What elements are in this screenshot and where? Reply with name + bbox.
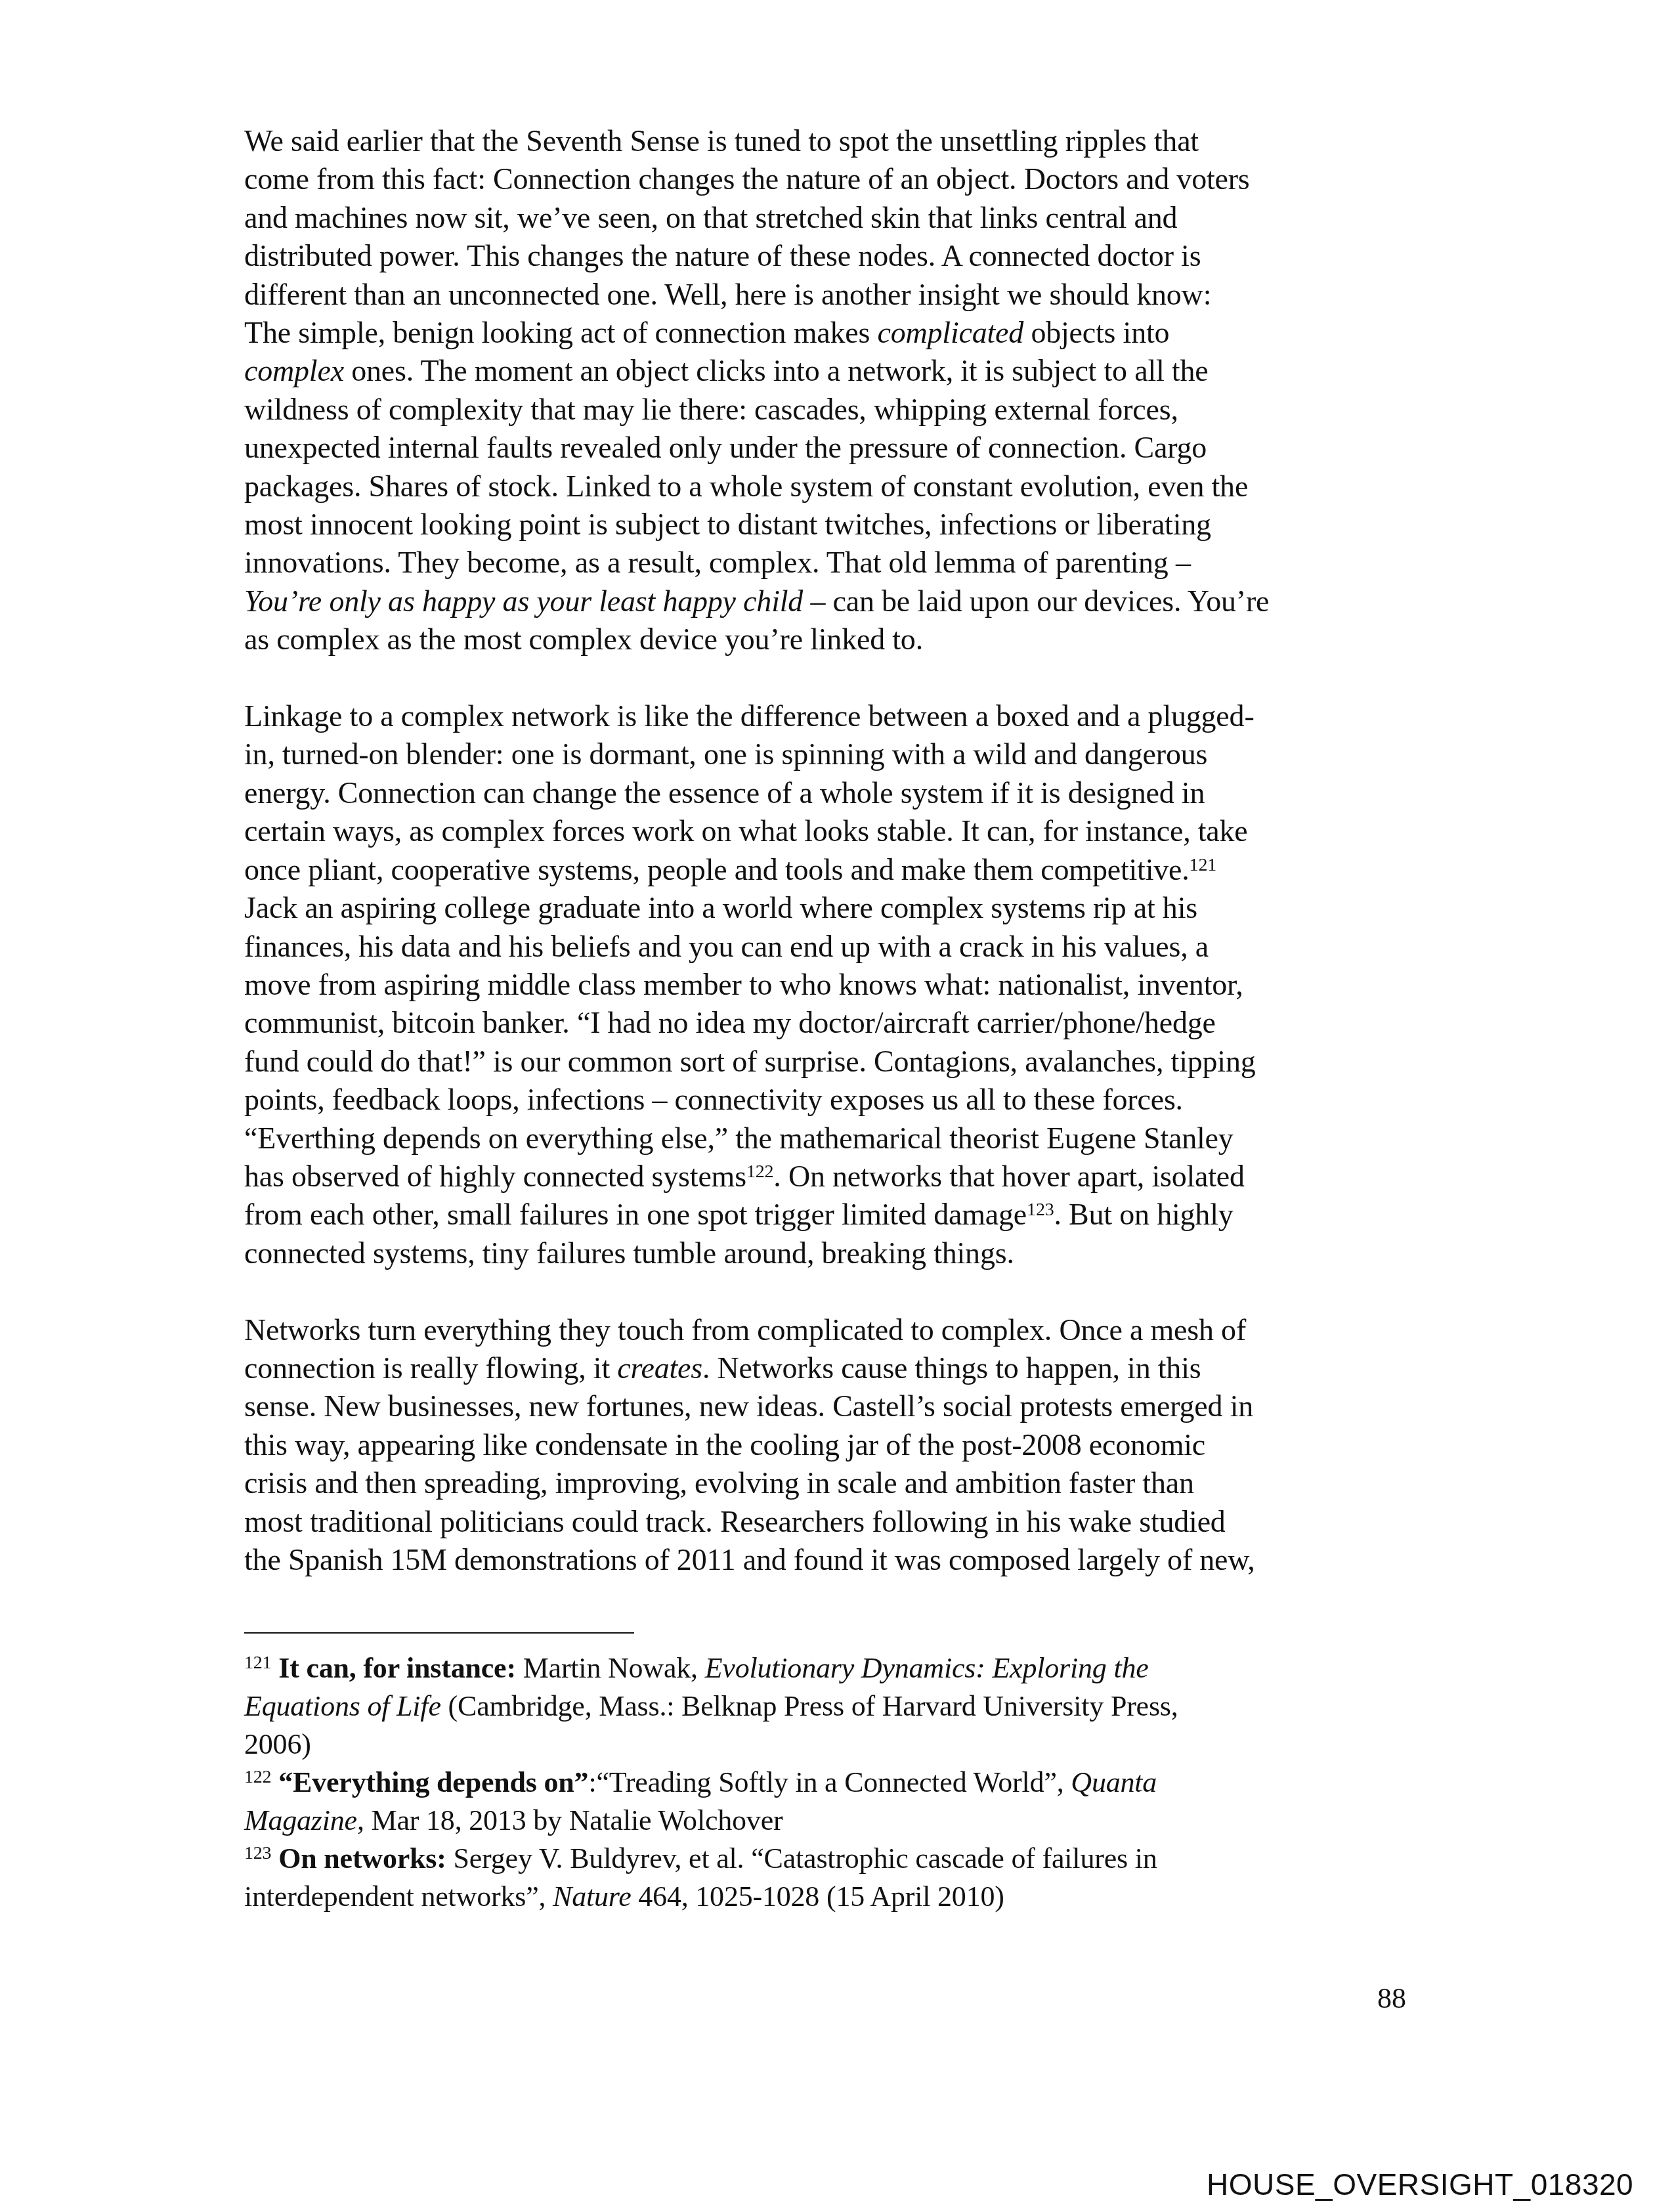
text-line: this way, appearing like condensate in t… (244, 1426, 1432, 1464)
footnote-line: 2006) (244, 1725, 1432, 1764)
footnote-number: 122 (244, 1767, 271, 1787)
italic-text: You’re only as happy as your least happy… (244, 584, 803, 618)
text-run: distributed power. This changes the natu… (244, 239, 1201, 272)
footnote-lead: “Everything depends on” (278, 1766, 588, 1798)
text-line: Jack an aspiring college graduate into a… (244, 889, 1432, 927)
text-run: fund could do that!” is our common sort … (244, 1045, 1256, 1078)
text-line: come from this fact: Connection changes … (244, 160, 1432, 198)
text-line: in, turned-on blender: one is dormant, o… (244, 735, 1432, 773)
italic-text: Magazine (244, 1804, 357, 1836)
text-run: finances, his data and his beliefs and y… (244, 930, 1209, 963)
text-run (271, 1652, 278, 1684)
text-line: once pliant, cooperative systems, people… (244, 851, 1432, 889)
text-run: :“Treading Softly in a Connected World”, (588, 1766, 1071, 1798)
text-run: packages. Shares of stock. Linked to a w… (244, 469, 1248, 503)
text-run: most innocent looking point is subject t… (244, 508, 1211, 541)
footnote-line: interdependent networks”, Nature 464, 10… (244, 1878, 1432, 1916)
text-run: and machines now sit, we’ve seen, on tha… (244, 201, 1177, 234)
text-line: complex ones. The moment an object click… (244, 352, 1432, 390)
text-run: 464, 1025-1028 (15 April 2010) (631, 1880, 1004, 1913)
text-line: “Everthing depends on everything else,” … (244, 1119, 1432, 1158)
text-run: – can be laid upon our devices. You’re (803, 584, 1269, 618)
text-run: move from aspiring middle class member t… (244, 968, 1243, 1001)
text-line: innovations. They become, as a result, c… (244, 544, 1432, 582)
text-line: connection is really flowing, it creates… (244, 1349, 1432, 1387)
text-line: as complex as the most complex device yo… (244, 620, 1432, 659)
text-run: Linkage to a complex network is like the… (244, 699, 1255, 733)
footnote-lead: On networks: (278, 1842, 446, 1875)
footnote: 123 On networks: Sergey V. Buldyrev, et … (244, 1840, 1432, 1916)
text-line: move from aspiring middle class member t… (244, 966, 1432, 1004)
text-line: has observed of highly connected systems… (244, 1158, 1432, 1196)
text-run: once pliant, cooperative systems, people… (244, 853, 1190, 886)
text-line: points, feedback loops, infections – con… (244, 1081, 1432, 1119)
footnote-lead: It can, for instance: (278, 1652, 516, 1684)
text-line: wildness of complexity that may lie ther… (244, 391, 1432, 429)
text-run: different than an unconnected one. Well,… (244, 278, 1211, 311)
footnote: 122 “Everything depends on”:“Treading So… (244, 1764, 1432, 1840)
text-run: energy. Connection can change the essenc… (244, 776, 1205, 810)
text-line: crisis and then spreading, improving, ev… (244, 1464, 1432, 1502)
text-run: Networks turn everything they touch from… (244, 1313, 1246, 1347)
text-line: connected systems, tiny failures tumble … (244, 1234, 1432, 1272)
footnote-reference: 122 (746, 1161, 773, 1182)
text-run: connection is really flowing, it (244, 1351, 617, 1385)
footnote-line: 123 On networks: Sergey V. Buldyrev, et … (244, 1840, 1432, 1878)
text-run: Martin Nowak, (516, 1652, 705, 1684)
footnote-reference: 121 (1190, 855, 1216, 875)
text-run: this way, appearing like condensate in t… (244, 1428, 1205, 1462)
text-run: points, feedback loops, infections – con… (244, 1083, 1183, 1116)
text-run: as complex as the most complex device yo… (244, 622, 923, 656)
text-run: in, turned-on blender: one is dormant, o… (244, 737, 1207, 771)
text-run: “Everthing depends on everything else,” … (244, 1121, 1234, 1155)
bates-stamp: HOUSE_OVERSIGHT_018320 (1207, 2167, 1633, 2202)
text-line: distributed power. This changes the natu… (244, 237, 1432, 275)
page-number: 88 (1377, 1982, 1406, 2015)
footnote-line: Equations of Life (Cambridge, Mass.: Bel… (244, 1687, 1432, 1725)
italic-text: Quanta (1071, 1766, 1157, 1798)
text-line: You’re only as happy as your least happy… (244, 582, 1432, 620)
text-line: the Spanish 15M demonstrations of 2011 a… (244, 1541, 1432, 1579)
text-run: most traditional politicians could track… (244, 1505, 1226, 1538)
text-line: We said earlier that the Seventh Sense i… (244, 122, 1432, 160)
text-line: communist, bitcoin banker. “I had no ide… (244, 1004, 1432, 1042)
text-run: , Mar 18, 2013 by Natalie Wolchover (357, 1804, 783, 1836)
footnote-line: 122 “Everything depends on”:“Treading So… (244, 1764, 1432, 1802)
footnote-line: Magazine, Mar 18, 2013 by Natalie Wolcho… (244, 1802, 1432, 1840)
text-run: communist, bitcoin banker. “I had no ide… (244, 1006, 1216, 1039)
text-run: wildness of complexity that may lie ther… (244, 393, 1178, 426)
paragraph: Linkage to a complex network is like the… (244, 697, 1432, 1272)
text-line: and machines now sit, we’ve seen, on tha… (244, 199, 1432, 237)
text-run: The simple, benign looking act of connec… (244, 316, 878, 349)
text-line: unexpected internal faults revealed only… (244, 429, 1432, 467)
body-text: We said earlier that the Seventh Sense i… (244, 122, 1432, 1618)
text-line: certain ways, as complex forces work on … (244, 812, 1432, 850)
italic-text: complicated (878, 316, 1024, 349)
footnotes: 121 It can, for instance: Martin Nowak, … (244, 1649, 1432, 1916)
footnote-reference: 123 (1027, 1200, 1054, 1220)
text-run: come from this fact: Connection changes … (244, 162, 1250, 196)
text-run: innovations. They become, as a result, c… (244, 546, 1191, 579)
text-line: most traditional politicians could track… (244, 1503, 1432, 1541)
paragraph: Networks turn everything they touch from… (244, 1311, 1432, 1580)
text-run: 2006) (244, 1728, 311, 1760)
italic-text: complex (244, 354, 344, 387)
text-run: crisis and then spreading, improving, ev… (244, 1466, 1194, 1500)
text-line: most innocent looking point is subject t… (244, 506, 1432, 544)
text-line: from each other, small failures in one s… (244, 1196, 1432, 1234)
italic-text: Evolutionary Dynamics: Exploring the (705, 1652, 1149, 1684)
text-run: sense. New businesses, new fortunes, new… (244, 1389, 1253, 1423)
footnote-number: 123 (244, 1843, 271, 1863)
text-line: sense. New businesses, new fortunes, new… (244, 1387, 1432, 1425)
text-run: has observed of highly connected systems (244, 1160, 746, 1193)
text-run: ones. The moment an object clicks into a… (344, 354, 1209, 387)
text-run: unexpected internal faults revealed only… (244, 431, 1207, 464)
italic-text: Nature (553, 1880, 631, 1913)
italic-text: creates (617, 1351, 702, 1385)
text-line: Networks turn everything they touch from… (244, 1311, 1432, 1349)
text-run: (Cambridge, Mass.: Belknap Press of Harv… (441, 1690, 1178, 1722)
text-line: packages. Shares of stock. Linked to a w… (244, 467, 1432, 506)
text-run: . Networks cause things to happen, in th… (702, 1351, 1201, 1385)
footnote-line: 121 It can, for instance: Martin Nowak, … (244, 1649, 1432, 1687)
text-run: interdependent networks”, (244, 1880, 553, 1913)
text-run: the Spanish 15M demonstrations of 2011 a… (244, 1543, 1255, 1576)
document-page: We said earlier that the Seventh Sense i… (0, 0, 1674, 2212)
text-run: certain ways, as complex forces work on … (244, 814, 1248, 848)
footnote: 121 It can, for instance: Martin Nowak, … (244, 1649, 1432, 1764)
text-run (271, 1842, 278, 1875)
text-run: connected systems, tiny failures tumble … (244, 1236, 1014, 1270)
text-run (271, 1766, 278, 1798)
text-line: The simple, benign looking act of connec… (244, 314, 1432, 352)
text-run: Sergey V. Buldyrev, et al. “Catastrophic… (446, 1842, 1157, 1875)
text-run: We said earlier that the Seventh Sense i… (244, 124, 1199, 158)
text-run: from each other, small failures in one s… (244, 1198, 1027, 1231)
text-line: finances, his data and his beliefs and y… (244, 928, 1432, 966)
text-run: . But on highly (1054, 1198, 1233, 1231)
paragraph: We said earlier that the Seventh Sense i… (244, 122, 1432, 659)
text-run: Jack an aspiring college graduate into a… (244, 891, 1197, 924)
text-line: different than an unconnected one. Well,… (244, 276, 1432, 314)
text-run: . On networks that hover apart, isolated (773, 1160, 1245, 1193)
text-line: energy. Connection can change the essenc… (244, 774, 1432, 812)
footnote-number: 121 (244, 1653, 271, 1673)
text-line: Linkage to a complex network is like the… (244, 697, 1432, 735)
footnote-separator (244, 1632, 634, 1634)
text-line: fund could do that!” is our common sort … (244, 1043, 1432, 1081)
text-run: objects into (1023, 316, 1169, 349)
italic-text: Equations of Life (244, 1690, 441, 1722)
